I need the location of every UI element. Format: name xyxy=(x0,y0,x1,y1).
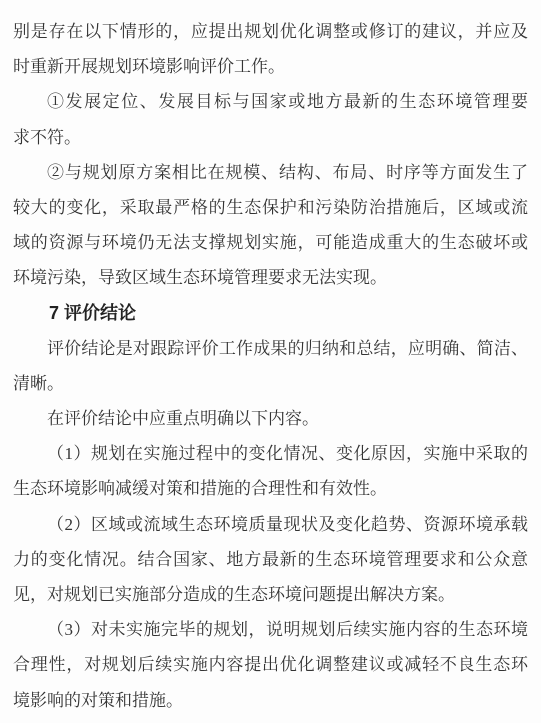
text-line: 清晰。 xyxy=(13,366,528,401)
text-line: 较大的变化，采取最严格的生态保护和污染防治措施后，区域或流 xyxy=(13,190,528,225)
text-line: 生态环境影响减缓对策和措施的合理性和有效性。 xyxy=(13,471,528,506)
text-line: （1）规划在实施过程中的变化情况、变化原因，实施中采取的 xyxy=(13,436,528,471)
text-line: 别是存在以下情形的，应提出规划优化调整或修订的建议，并应及 xyxy=(13,14,528,49)
text-line: 力的变化情况。结合国家、地方最新的生态环境管理要求和公众意 xyxy=(13,542,528,577)
section-heading: 7 评价结论 xyxy=(13,296,528,331)
text-line: （3）对未实施完毕的规划，说明规划后续实施内容的生态环境 xyxy=(13,612,528,647)
text-line: 境影响的对策和措施。 xyxy=(13,683,528,718)
text-line: 求不符。 xyxy=(13,120,528,155)
text-line: （2）区域或流域生态环境质量现状及变化趋势、资源环境承载 xyxy=(13,507,528,542)
text-line: 见，对规划已实施部分造成的生态环境问题提出解决方案。 xyxy=(13,577,528,612)
text-line: 在评价结论中应重点明确以下内容。 xyxy=(13,401,528,436)
document-page: 别是存在以下情形的，应提出规划优化调整或修订的建议，并应及时重新开展规划环境影响… xyxy=(0,0,541,723)
text-line: 合理性，对规划后续实施内容提出优化调整建议或减轻不良生态环 xyxy=(13,647,528,682)
document-body: 别是存在以下情形的，应提出规划优化调整或修订的建议，并应及时重新开展规划环境影响… xyxy=(13,14,528,718)
text-line: 环境污染，导致区域生态环境管理要求无法实现。 xyxy=(13,260,528,295)
text-line: 评价结论是对跟踪评价工作成果的归纳和总结，应明确、简洁、 xyxy=(13,331,528,366)
text-line: ②与规划原方案相比在规模、结构、布局、时序等方面发生了 xyxy=(13,155,528,190)
text-line: 时重新开展规划环境影响评价工作。 xyxy=(13,49,528,84)
text-line: ①发展定位、发展目标与国家或地方最新的生态环境管理要 xyxy=(13,84,528,119)
text-line: 域的资源与环境仍无法支撑规划实施，可能造成重大的生态破坏或 xyxy=(13,225,528,260)
